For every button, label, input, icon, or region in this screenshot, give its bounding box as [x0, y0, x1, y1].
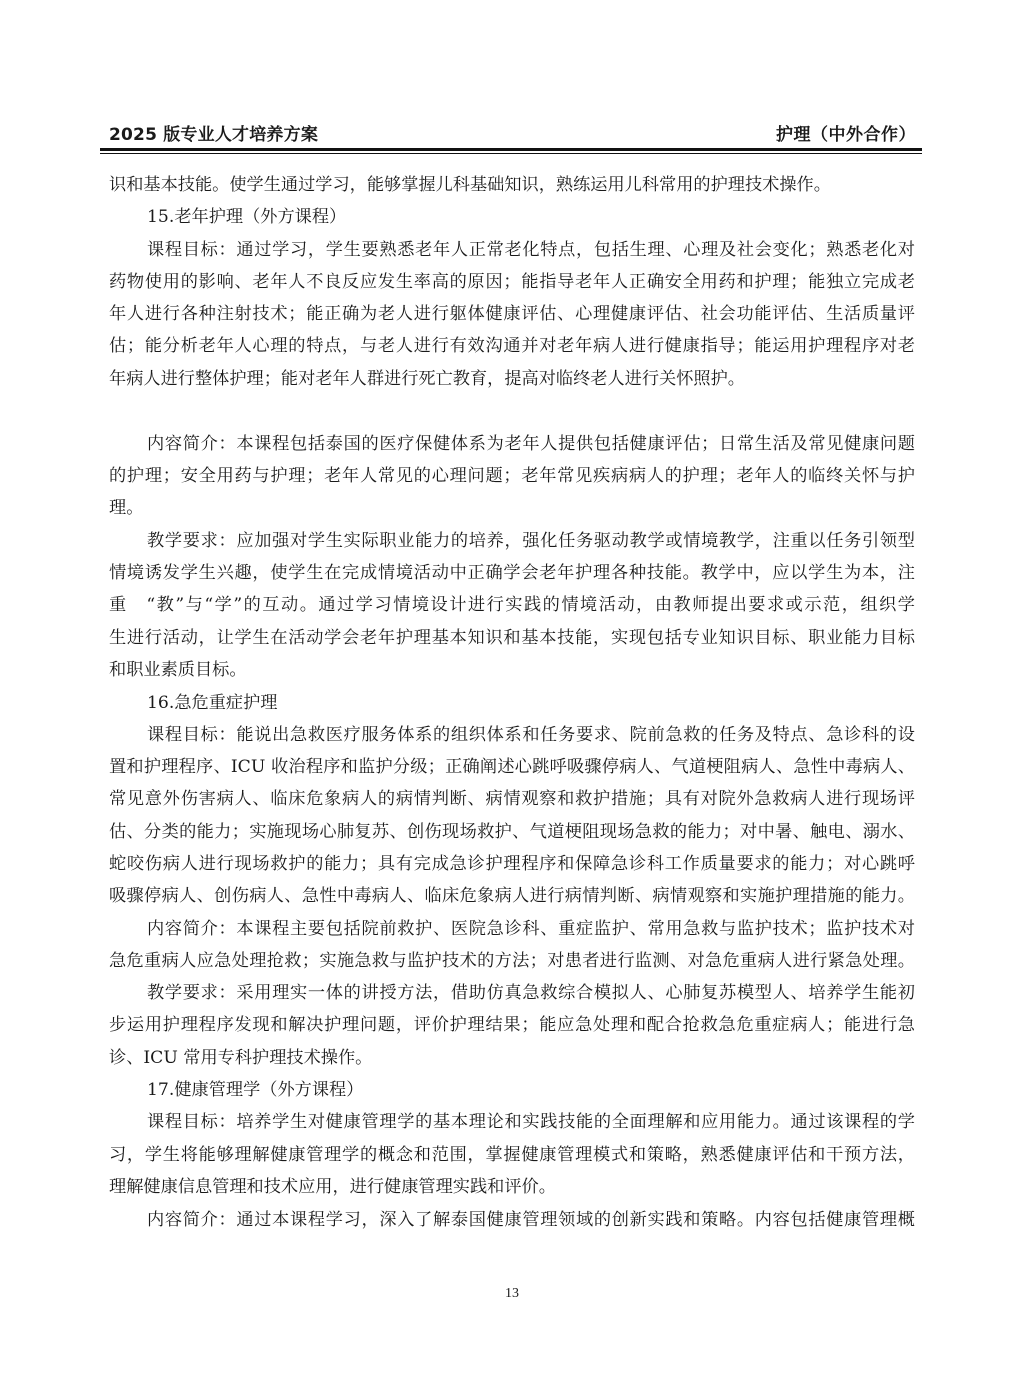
paragraph-line: 年人进行各种注射技术；能正确为老人进行躯体健康评估、心理健康评估、社会功能评估、…: [109, 302, 915, 326]
paragraph-first-line: 教学要求：应加强对学生实际职业能力的培养，强化任务驱动教学或情境教学，注重以任务…: [147, 529, 915, 553]
paragraph-first-line: 内容简介：通过本课程学习，深入了解泰国健康管理领域的创新实践和策略。内容包括健康…: [147, 1208, 915, 1232]
paragraph-line: 生进行活动，让学生在活动学会老年护理基本知识和基本技能，实现包括专业知识目标、职…: [109, 626, 915, 650]
paragraph-line: 估、分类的能力；实施现场心肺复苏、创伤现场救护、气道梗阻现场急救的能力；对中暑、…: [109, 820, 915, 844]
paragraph-first-line: 课程目标：通过学习，学生要熟悉老年人正常老化特点，包括生理、心理及社会变化；熟悉…: [147, 238, 915, 262]
paragraph-first-line: 课程目标：培养学生对健康管理学的基本理论和实践技能的全面理解和应用能力。通过该课…: [147, 1110, 915, 1134]
paragraph-line: 理。: [109, 496, 915, 520]
paragraph-line: 识和基本技能。使学生通过学习，能够掌握儿科基础知识，熟练运用儿科常用的护理技术操…: [109, 173, 915, 197]
page-number: 13: [0, 1284, 1024, 1304]
paragraph-line: 的护理；安全用药与护理；老年人常见的心理问题；老年常见疾病病人的护理；老年人的临…: [109, 464, 915, 488]
paragraph-line: 急危重病人应急处理抢救；实施急救与监护技术的方法；对患者进行监测、对急危重病人进…: [109, 949, 915, 973]
paragraph-line: 理解健康信息管理和技术应用，进行健康管理实践和评价。: [109, 1175, 915, 1199]
paragraph-line: 步运用护理程序发现和解决护理问题，评价护理结果；能应急处理和配合抢救急危重症病人…: [109, 1013, 915, 1037]
paragraph-line: 常见意外伤害病人、临床危象病人的病情判断、病情观察和救护措施；具有对院外急救病人…: [109, 787, 915, 811]
paragraph-line: 吸骤停病人、创伤病人、急性中毒病人、临床危象病人进行病情判断、病情观察和实施护理…: [109, 884, 915, 908]
paragraph-line: 置和护理程序、ICU 收治程序和监护分级；正确阐述心跳呼吸骤停病人、气道梗阻病人…: [109, 755, 915, 779]
paragraph-line: 和职业素质目标。: [109, 658, 915, 682]
paragraph-line: 重 “教”与“学”的互动。通过学习情境设计进行实践的情境活动，由教师提出要求或示…: [109, 593, 915, 617]
paragraph-line: 蛇咬伤病人进行现场救护的能力；具有完成急诊护理程序和保障急诊科工作质量要求的能力…: [109, 852, 915, 876]
paragraph-first-line: 内容简介：本课程包括泰国的医疗保健体系为老年人提供包括健康评估；日常生活及常见健…: [147, 432, 915, 456]
header-rule-thick: [100, 148, 922, 151]
header-rule-thin: [100, 153, 922, 154]
course-heading: 16.急危重症护理: [147, 691, 277, 715]
document-title: 2025 版专业人才培养方案: [109, 124, 318, 146]
paragraph-line: 诊、ICU 常用专科护理技术操作。: [109, 1046, 915, 1070]
course-heading: 17.健康管理学（外方课程）: [147, 1078, 363, 1102]
paragraph-line: 年病人进行整体护理；能对老年人群进行死亡教育，提高对临终老人进行关怀照护。: [109, 367, 915, 391]
paragraph-first-line: 内容简介：本课程主要包括院前救护、医院急诊科、重症监护、常用急救与监护技术；监护…: [147, 917, 915, 941]
paragraph-line: 习，学生将能够理解健康管理学的概念和范围，掌握健康管理模式和策略，熟悉健康评估和…: [109, 1143, 915, 1167]
paragraph-first-line: 课程目标：能说出急救医疗服务体系的组织体系和任务要求、院前急救的任务及特点、急诊…: [147, 723, 915, 747]
paragraph-first-line: 教学要求：采用理实一体的讲授方法，借助仿真急救综合模拟人、心肺复苏模型人、培养学…: [147, 981, 915, 1005]
paragraph-line: 情境诱发学生兴趣，使学生在完成情境活动中正确学会老年护理各种技能。教学中，应以学…: [109, 561, 915, 585]
program-name: 护理（中外合作）: [776, 124, 916, 146]
page-header: 2025 版专业人才培养方案 护理（中外合作）: [100, 124, 922, 156]
paragraph-line: 估；能分析老年人心理的特点，与老人进行有效沟通并对老年病人进行健康指导；能运用护…: [109, 334, 915, 358]
course-heading: 15.老年护理（外方课程）: [147, 205, 346, 229]
paragraph-line: 药物使用的影响、老年人不良反应发生率高的原因；能指导老年人正确安全用药和护理；能…: [109, 270, 915, 294]
